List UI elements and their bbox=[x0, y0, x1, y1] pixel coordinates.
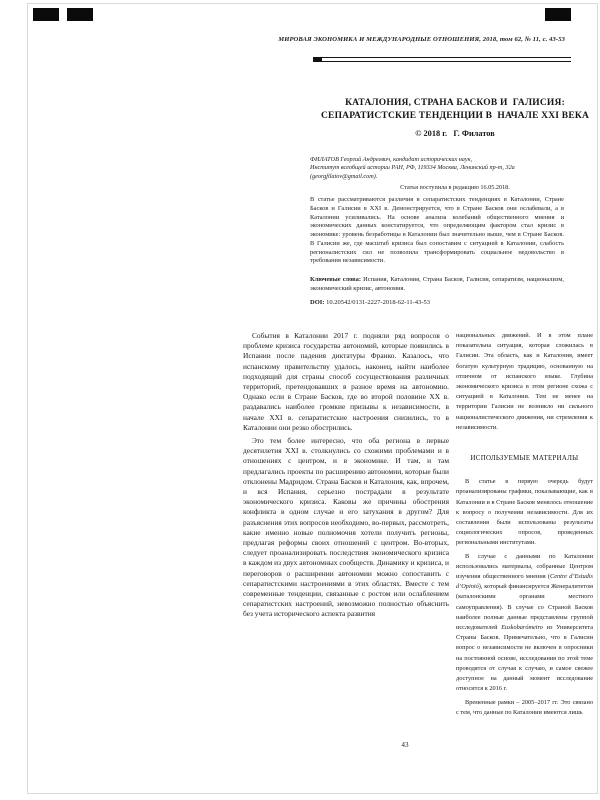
body-column-right: национальных движений. И в этом плане по… bbox=[456, 331, 593, 721]
doi-line: DOI: 10.20542/0131-2227-2018-62-11-43-53 bbox=[310, 299, 564, 306]
received-date-line: Статья поступила в редакцию 16.05.2018. bbox=[305, 184, 600, 191]
scanned-paper-page: МИРОВАЯ ЭКОНОМИКА И МЕЖДУНАРОДНЫЕ ОТНОШЕ… bbox=[0, 0, 600, 800]
rule-left-cap bbox=[313, 57, 322, 62]
article-title-line2: СЕПАРАТИСТСКИЕ ТЕНДЕНЦИИ В НАЧАЛЕ XXI ВЕ… bbox=[305, 110, 600, 123]
keywords-block: Ключевые слова: Испания, Каталония, Стра… bbox=[310, 276, 564, 294]
doi-label: DOI: bbox=[310, 299, 324, 306]
left-paragraph-2: Это тем более интересно, что оба региона… bbox=[243, 436, 449, 620]
scan-corner-mark-top-left-1 bbox=[33, 8, 59, 21]
section-heading-materials: ИСПОЛЬЗУЕМЫЕ МАТЕРИАЛЫ bbox=[456, 454, 593, 464]
journal-header: МИРОВАЯ ЭКОНОМИКА И МЕЖДУНАРОДНЫЕ ОТНОШЕ… bbox=[225, 36, 565, 43]
right-paragraph-4: Временные рамки – 2005–2017 гг. Это связ… bbox=[456, 698, 593, 718]
right-p3-italic-euskobarometro: Euskobarómetro bbox=[501, 624, 543, 631]
abstract-text: В статье рассматриваются различия в сепа… bbox=[310, 196, 564, 266]
author-affiliation-block: ФИЛАТОВ Георгий Андреевич, кандидат исто… bbox=[310, 156, 580, 181]
keywords-label: Ключевые слова: bbox=[310, 276, 361, 283]
scan-corner-mark-top-right bbox=[545, 8, 571, 21]
scan-corner-mark-top-left-2 bbox=[67, 8, 93, 21]
right-p3-segment-e: из Университета Страны Басков. Примечате… bbox=[456, 624, 593, 692]
author-institute-line: Институт всеобщей истории РАН, РФ, 11933… bbox=[310, 164, 580, 181]
title-block: КАТАЛОНИЯ, СТРАНА БАСКОВ И ГАЛИСИЯ: СЕПА… bbox=[305, 97, 600, 138]
body-column-left: События в Каталонии 2017 г. подняли ряд … bbox=[243, 331, 449, 623]
article-title-line1: КАТАЛОНИЯ, СТРАНА БАСКОВ И ГАЛИСИЯ: bbox=[305, 97, 600, 110]
page-number: 43 bbox=[380, 741, 430, 749]
header-double-rule bbox=[313, 56, 571, 62]
right-paragraph-3: В случае с данными по Каталонии использо… bbox=[456, 552, 593, 695]
rule-double-lines bbox=[322, 57, 571, 62]
doi-value: 10.20542/0131-2227-2018-62-11-43-53 bbox=[324, 299, 430, 306]
copyright-author-line: © 2018 г. Г. Филатов bbox=[305, 129, 600, 138]
left-paragraph-1: События в Каталонии 2017 г. подняли ряд … bbox=[243, 331, 449, 433]
author-credentials-line: ФИЛАТОВ Георгий Андреевич, кандидат исто… bbox=[310, 156, 580, 164]
right-paragraph-2: В статье в первую очередь будут проанали… bbox=[456, 477, 593, 548]
right-paragraph-1: национальных движений. И в этом плане по… bbox=[456, 331, 593, 433]
